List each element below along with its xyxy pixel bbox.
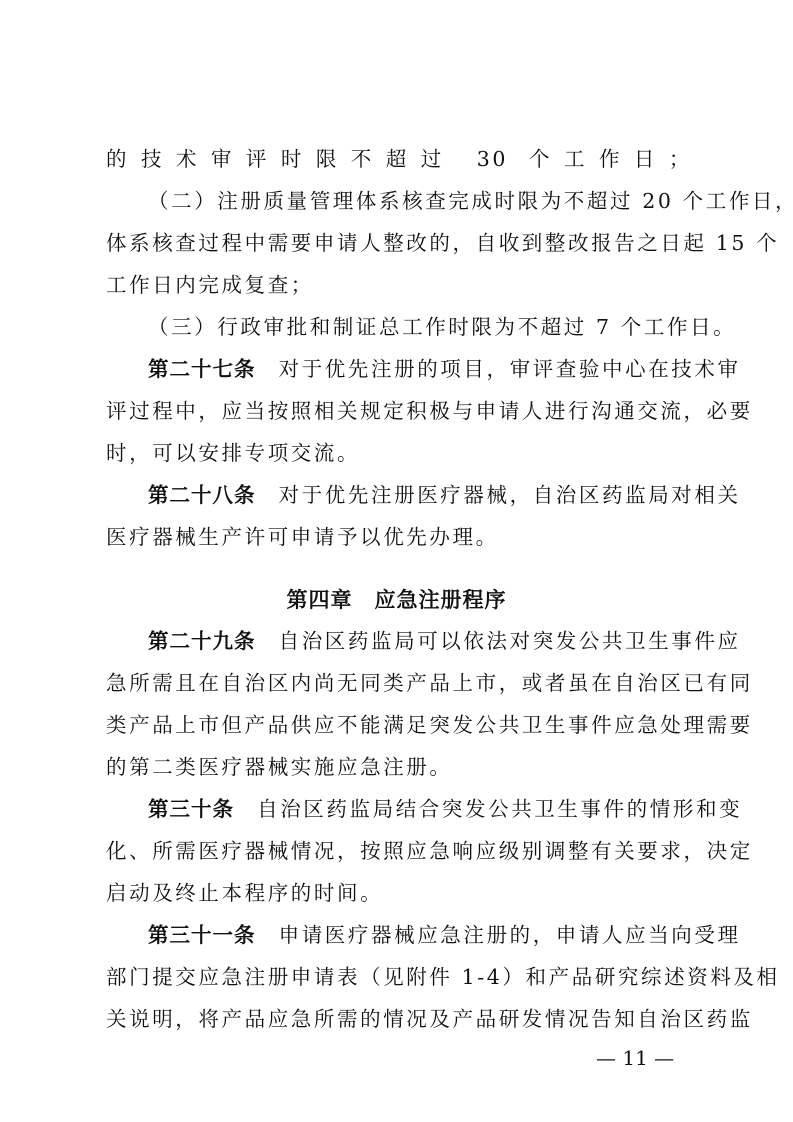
article-31-line: 第三十一条 申请医疗器械应急注册的，申请人应当向受理 bbox=[148, 920, 692, 950]
text-line: 化、所需医疗器械情况，按照应急响应级别调整有关要求，决定 bbox=[106, 836, 692, 866]
text-line: （三）行政审批和制证总工作时限为不超过 7 个工作日。 bbox=[148, 312, 692, 342]
text-line: 的技术审评时限不超过 30 个工作日； bbox=[106, 144, 692, 174]
text-line: 体系核查过程中需要申请人整改的，自收到整改报告之日起 15 个 bbox=[106, 228, 692, 258]
article-28-line: 第二十八条 对于优先注册医疗器械，自治区药监局对相关 bbox=[148, 480, 692, 510]
article-heading: 第三十一条 bbox=[148, 923, 256, 947]
text-line: 评过程中，应当按照相关规定积极与申请人进行沟通交流，必要 bbox=[106, 396, 692, 426]
article-30-line: 第三十条 自治区药监局结合突发公共卫生事件的情形和变 bbox=[148, 794, 692, 824]
article-29-line: 第二十九条 自治区药监局可以依法对突发公共卫生事件应 bbox=[148, 626, 692, 656]
text-line: 急所需且在自治区内尚无同类产品上市，或者虽在自治区已有同 bbox=[106, 668, 692, 698]
text-line: 关说明，将产品应急所需的情况及产品研发情况告知自治区药监 bbox=[106, 1004, 692, 1034]
article-heading: 第三十条 bbox=[148, 797, 234, 821]
text-line: 类产品上市但产品供应不能满足突发公共卫生事件应急处理需要 bbox=[106, 710, 692, 740]
text-line: 的第二类医疗器械实施应急注册。 bbox=[106, 752, 692, 782]
article-heading: 第二十七条 bbox=[148, 357, 256, 381]
article-text: 自治区药监局可以依法对突发公共卫生事件应 bbox=[279, 629, 741, 653]
text-line: 医疗器械生产许可申请予以优先办理。 bbox=[106, 522, 692, 552]
chapter-title: 第四章 应急注册程序 bbox=[0, 584, 793, 614]
article-text: 自治区药监局结合突发公共卫生事件的情形和变 bbox=[257, 797, 742, 821]
article-text: 对于优先注册的项目，审评查验中心在技术审 bbox=[279, 357, 741, 381]
article-heading: 第二十九条 bbox=[148, 629, 256, 653]
article-27-line: 第二十七条 对于优先注册的项目，审评查验中心在技术审 bbox=[148, 354, 692, 384]
page-number: — 11 — bbox=[596, 1046, 674, 1070]
text-line: 启动及终止本程序的时间。 bbox=[106, 878, 692, 908]
text-line: 部门提交应急注册申请表（见附件 1-4）和产品研究综述资料及相 bbox=[106, 962, 692, 992]
text-line: 时，可以安排专项交流。 bbox=[106, 438, 692, 468]
text-line: 工作日内完成复查； bbox=[106, 270, 692, 300]
article-text: 对于优先注册医疗器械，自治区药监局对相关 bbox=[279, 483, 741, 507]
article-text: 申请医疗器械应急注册的，申请人应当向受理 bbox=[279, 923, 741, 947]
article-heading: 第二十八条 bbox=[148, 483, 256, 507]
text-line: （二）注册质量管理体系核查完成时限为不超过 20 个工作日， bbox=[148, 186, 692, 216]
document-page: 的技术审评时限不超过 30 个工作日； （二）注册质量管理体系核查完成时限为不超… bbox=[0, 0, 793, 1122]
